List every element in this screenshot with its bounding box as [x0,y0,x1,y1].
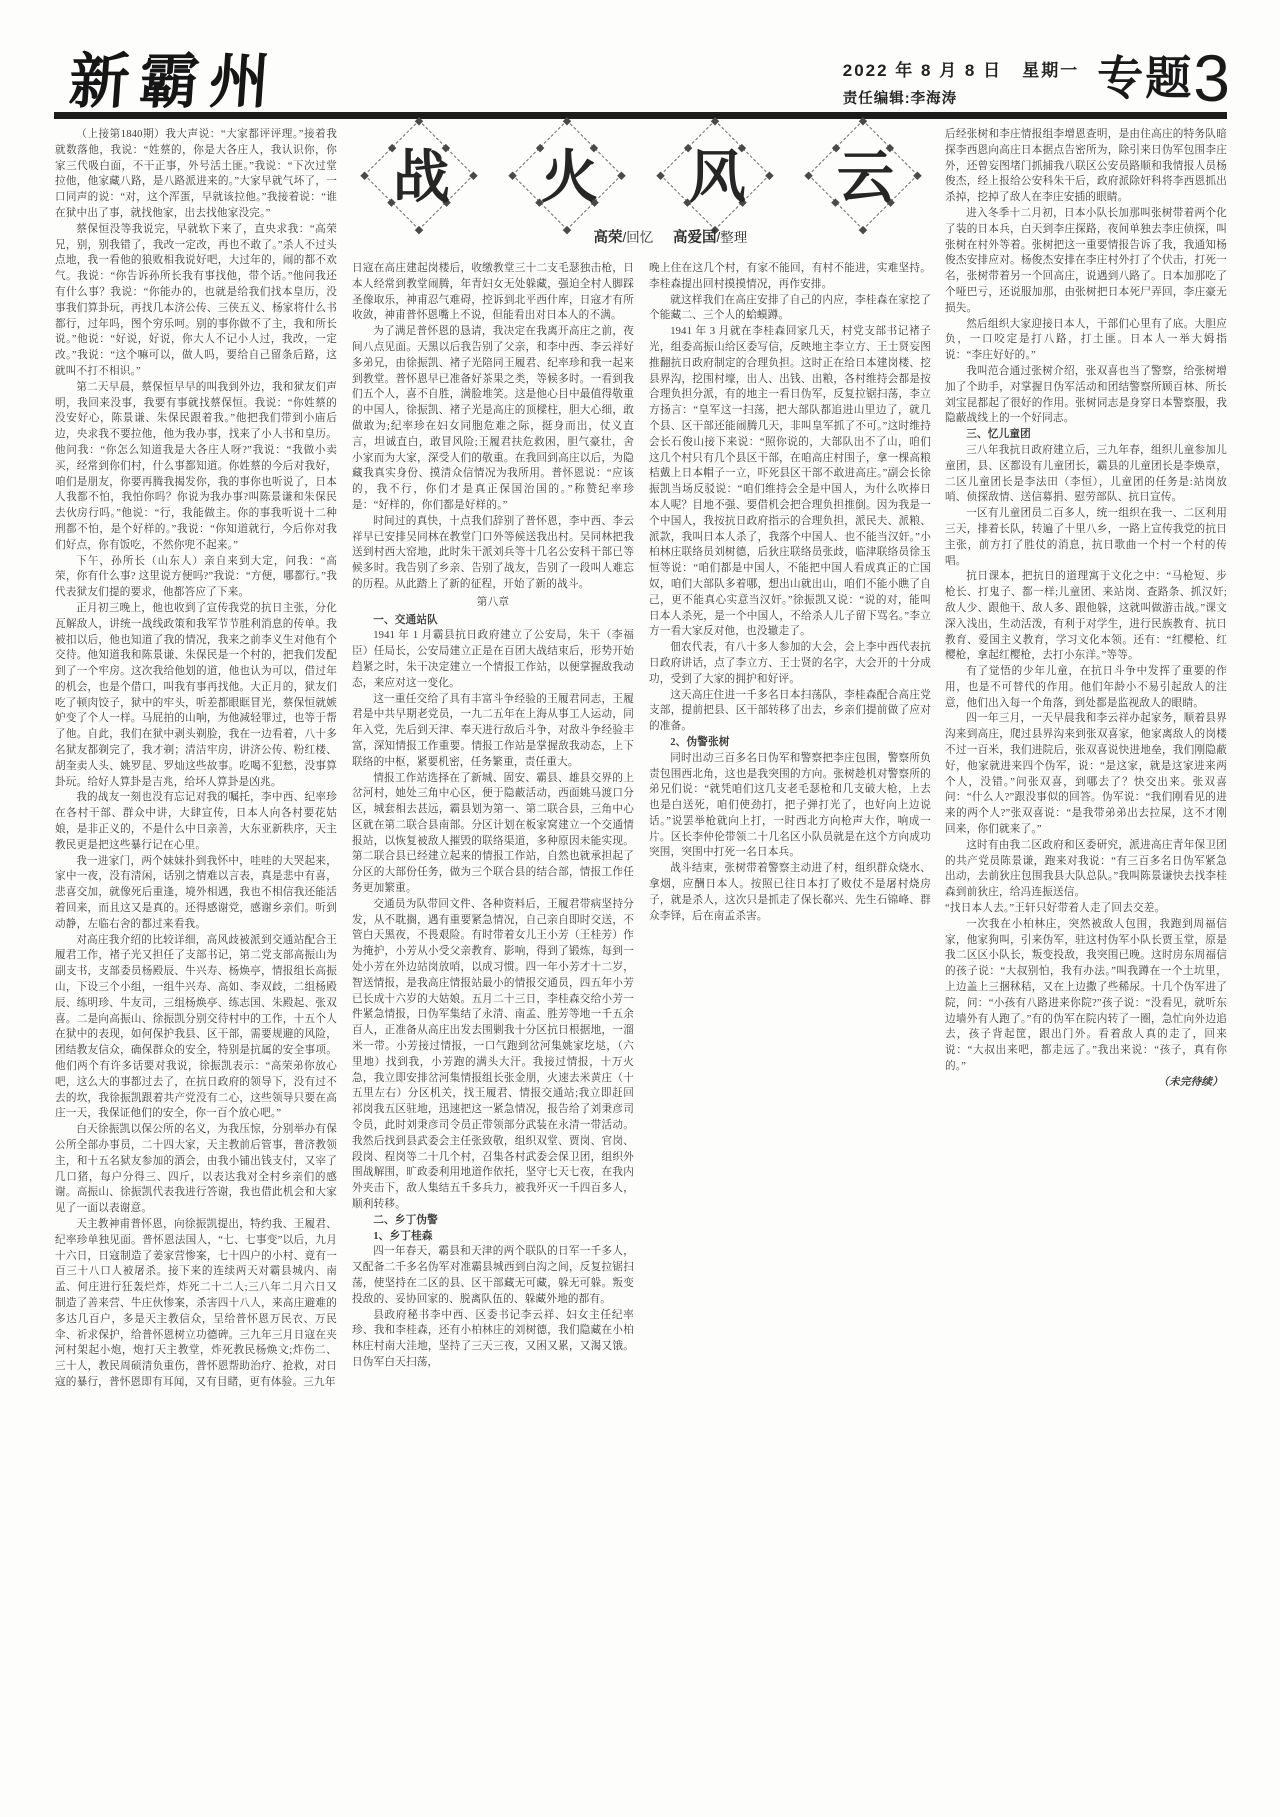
body-paragraph: 白天徐振凯以保公所的名义，为我压惊，分别举办有保公所全部办事员，二十四大家，天主… [55,1122,337,1217]
body-paragraph: 就这样我们在高庄安排了自己的内应，李桂森在家挖了个能藏二、三个人的蛤蟆蹲。 [649,293,931,325]
body-paragraph: 一区有儿童团员二百多人，统一组织在我一、二区利用三天，排着长队，转遍了十里八乡，… [945,506,1227,569]
body-paragraph: 我一进家门，两个妹妹扑到我怀中，哇哇的大哭起来，家中一夜，没有清闲，话别之情难以… [55,854,337,933]
body-paragraph: “找日本人去。”王轩只好带着人走了回去交差。 [945,901,1227,917]
newspaper-page: { "masthead": {"title": "新霸州"}, "header"… [0,0,1280,1817]
body-paragraph: 三八年我抗日政府建立后，三九年春，组织儿童参加儿童团，县、区都设有儿童团长，霸县… [945,443,1227,506]
title-diamond-4: 云 [808,120,918,230]
body-paragraph: 我的战友一刻也没有忘记对我的嘱托，李中西、纪率珍在各村干部、群众中讲，大肆宣传，… [55,790,337,853]
byline: 高荣/回忆 高爱国/整理 [593,226,763,247]
title-char-1: 战 [393,132,450,214]
title-diamond-1: 战 [364,120,474,230]
body-paragraph: 一次我在小柏林庄，突然被敌人包围，我跑到周福信家，他家狗叫，引来伪军，驻这村伪军… [945,917,1227,1075]
section-heading: 2、伪警张树 [649,735,931,751]
body-paragraph: 为了满足普怀恩的恳请，我决定在我离开高庄之前，夜间八点见面。天黑以后我告别了父亲… [352,324,634,514]
title-char-4: 云 [837,132,894,214]
editor-credit: 责任编辑:李海涛 [843,87,1080,108]
body-paragraph: 然后组织大家迎接日本人，干部们心里有了底。大胆应负，一口咬定是打八路，打土匪。日… [945,317,1227,364]
body-paragraph: 四一年春天，霸县和天津的两个联队的日军一千多人，又配备二千多名伪军对准霸县城西到… [352,1244,634,1307]
body-paragraph: 这天高庄住进一千多名日本扫荡队，李桂森配合高庄党支部，提前把县、区干部转移了出去… [649,688,931,735]
masthead-title: 新霸州 [67,34,373,114]
page-header: 2022 年 8 月 8 日 星期一 责任编辑:李海涛 专题 3 [843,48,1230,108]
title-diamond-3: 风 [660,120,770,230]
body-paragraph: 时间过的真快，十点我们辞别了普怀恩，李中西、李云祥早已安排吴同林在教堂门口外等候… [352,514,634,593]
chapter-heading: 第八章 [352,595,634,611]
body-paragraph: 四一年三月，一天早晨我和李云祥办起家务，顺着县界沟来到高庄，爬过县界沟来到张双喜… [945,711,1227,837]
body-paragraph: 县政府秘书李中西、区委书记李云祥、妇女主任纪率珍、我和李桂森，还有小柏林庄的刘树… [352,1308,634,1371]
body-paragraph: 后经张树和李庄情报组李增恩查明，是由住高庄的特务队暗探李西恩向高庄日本据点告密所… [945,127,1227,206]
to-be-continued-note: （未完待续） [945,1075,1227,1091]
title-char-2: 火 [541,132,598,214]
body-paragraph: 1941 年 3 月就在李桂森回家几天，村党支部书记褚子光，组委高振山给区委写信… [649,324,931,640]
title-diamond-2: 火 [512,120,622,230]
body-paragraph: 正月初三晚上，他也收到了宣传我党的抗日主张，分化瓦解敌人，讲统一战线政策和我军节… [55,601,337,791]
body-paragraph: 战斗结束，张树带着警察主动进了村，组织群众烧水、拿烟，应酬日本人。按照已往日本打… [649,861,931,924]
body-paragraph: 交通员为队带回文件、各种资料后，王履君带病坚持分发，从不耽搁，遇有重要紧急情况，… [352,897,634,1213]
section-heading: 二、乡丁伪警 [352,1213,634,1229]
body-paragraph: 蔡保恒没等我说完，早就软下来了，直央求我：“高荣兄，别，别我错了，我改一定改，再… [55,222,337,380]
body-paragraph: 这时有由我二区政府和区委研究，派进高庄青年保卫团的共产党员陈景谦，跑来对我说：“… [945,838,1227,901]
text-column-2: 日寇在高庄建起岗楼后，收缴教堂三十二支毛瑟独击枪，日本人经常到教堂闹腾，年青妇女… [352,261,634,1795]
body-paragraph: 有了觉悟的少年儿童，在抗日斗争中发挥了重要的作用，也是不可替代的作用。他们年龄小… [945,664,1227,711]
weekday-text: 星期一 [1022,61,1079,80]
title-char-3: 风 [689,132,746,214]
feature-title-block: 战 火 风 云 高荣/回忆 高爱国/整理 [352,128,930,258]
body-paragraph: 第二天早晨，蔡保恒早早的叫我到外边，我和狱友们声明，我回来没事，我要有事就找蔡保… [55,380,337,554]
date-text: 2022 年 8 月 8 日 [843,61,1002,80]
byline-name-1: 高荣 [593,230,622,246]
body-paragraph: （上接第1840期）我大声说：“大家都评评理。”接着我就数落他，我说：“姓蔡的，… [55,127,337,222]
body-paragraph: 同时出动三百多名日伪军和警察把李庄包围，警察所负责包围西北角，这也是我突围的方向… [649,751,931,862]
page-number: 3 [1193,48,1230,108]
text-column-4: 后经张树和李庄情报组李增恩查明，是由住高庄的特务队暗探李西恩向高庄日本据点告密所… [945,127,1227,1795]
body-paragraph: 这一重任交给了具有丰富斗争经验的王履君同志，王履君是中共早期老党员，一九二五年在… [352,692,634,771]
body-paragraph: 我叫范合通过张树介绍，张双喜也当了警察，给张树增加了个助手，对掌握日伪军活动和团… [945,364,1227,427]
body-paragraph: 对高庄我介绍的比较详细，高风歧被派到交通站配合王履君工作，褚子光又担任了支部书记… [55,933,337,1123]
publication-date: 2022 年 8 月 8 日 星期一 [843,56,1080,81]
byline-name-2: 高爱国 [673,230,717,246]
text-column-3: 晚上住在这几个村，有家不能回，有村不能进，实难坚持。李桂森提出回村摸摸情况，再作… [649,261,931,1795]
byline-role-1: /回忆 [622,230,653,245]
body-paragraph: 情报工作站选择在了新城、固安、霸县、雄县交界的上岔河村，她处三角中心区，便于隐蔽… [352,771,634,897]
body-paragraph: 晚上住在这几个村，有家不能回，有村不能进，实难坚持。李桂森提出回村摸摸情况，再作… [649,261,931,293]
section-heading: 一、交通站队 [352,613,634,629]
body-paragraph: 抗日课本，把抗日的道理寓于文化之中：“马枪短、步枪长、打鬼子、都一样;儿童团、来… [945,569,1227,664]
body-paragraph: 日寇在高庄建起岗楼后，收缴教堂三十二支毛瑟独击枪，日本人经常到教堂闹腾，年青妇女… [352,261,634,324]
body-paragraph: 天主教神甫普怀恩，向徐振凯提出，特约我、王履君、纪率珍单独见面。普怀恩法国人，“… [55,1217,337,1391]
body-paragraph: 进入冬季十二月初，日本小队长加那叫张树带着两个化了装的日本兵，白天到李庄探路，夜… [945,206,1227,317]
date-block: 2022 年 8 月 8 日 星期一 责任编辑:李海涛 [843,56,1080,108]
section-heading: 三、忆儿童团 [945,427,1227,443]
section-heading: 1、乡丁桂森 [352,1229,634,1245]
body-paragraph: 下午，孙所长（山东人）亲自来到大定，问我：“高荣，你有什么事? 这里说方便吗?”… [55,554,337,601]
body-paragraph: 佃农代表，有八十多人参加的大会，会上李中西代表抗日政府讲话，点了李立方、王士贤的… [649,640,931,687]
text-column-1: （上接第1840期）我大声说：“大家都评评理。”接着我就数落他，我说：“姓蔡的，… [55,127,337,1795]
feature-title: 战 火 风 云 [352,128,930,214]
section-label: 专题 [1097,48,1193,108]
body-paragraph: 1941 年 1 月霸县抗日政府建立了公安局，朱干（李福臣）任局长，公安局建立正… [352,628,634,691]
byline-role-2: /整理 [716,230,747,245]
masthead-rule [54,112,1227,119]
